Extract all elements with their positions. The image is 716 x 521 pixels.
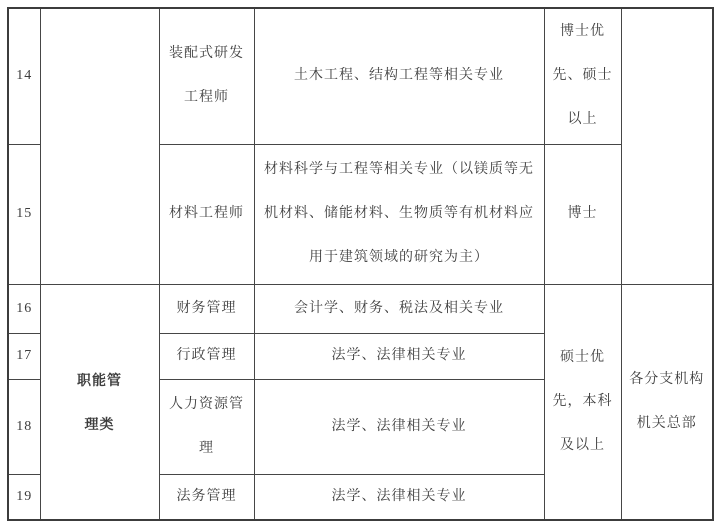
cell-position-15: 材料工程师 [159,144,254,284]
cell-education-16-19: 硕士优 先，本科 及以上 [544,284,621,520]
cell-row-number-16: 16 [8,284,40,333]
cell-position-16: 财务管理 [159,284,254,333]
recruitment-positions-table: 14 装配式研发 工程师 土木工程、结构工程等相关专业 博士优 先、硕士 以上 … [7,7,714,521]
cell-major-15: 材料科学与工程等相关专业（以镁质等无 机材料、储能材料、生物质等有机材料应 用于… [254,144,544,284]
cell-education-15: 博士 [544,144,621,284]
cell-major-14: 土木工程、结构工程等相关专业 [254,8,544,144]
cell-major-18: 法学、法律相关专业 [254,379,544,474]
cell-row-number-18: 18 [8,379,40,474]
cell-location-continuation [621,8,713,284]
cell-row-number-17: 17 [8,333,40,379]
cell-location-16-19: 各分支机构 机关总部 [621,284,713,520]
table-row-16: 16 职能管 理类 财务管理 会计学、财务、税法及相关专业 硕士优 先，本科 及… [8,284,713,333]
cell-major-19: 法学、法律相关专业 [254,474,544,520]
cell-education-14: 博士优 先、硕士 以上 [544,8,621,144]
cell-major-16: 会计学、财务、税法及相关专业 [254,284,544,333]
table-row-14: 14 装配式研发 工程师 土木工程、结构工程等相关专业 博士优 先、硕士 以上 [8,8,713,144]
cell-row-number-19: 19 [8,474,40,520]
cell-row-number-15: 15 [8,144,40,284]
cell-category-functional-management: 职能管 理类 [40,284,159,520]
recruitment-table-page: 14 装配式研发 工程师 土木工程、结构工程等相关专业 博士优 先、硕士 以上 … [0,0,716,521]
cell-row-number-14: 14 [8,8,40,144]
cell-position-17: 行政管理 [159,333,254,379]
cell-position-14: 装配式研发 工程师 [159,8,254,144]
cell-position-19: 法务管理 [159,474,254,520]
cell-major-17: 法学、法律相关专业 [254,333,544,379]
cell-category-continuation [40,8,159,284]
cell-position-18: 人力资源管 理 [159,379,254,474]
